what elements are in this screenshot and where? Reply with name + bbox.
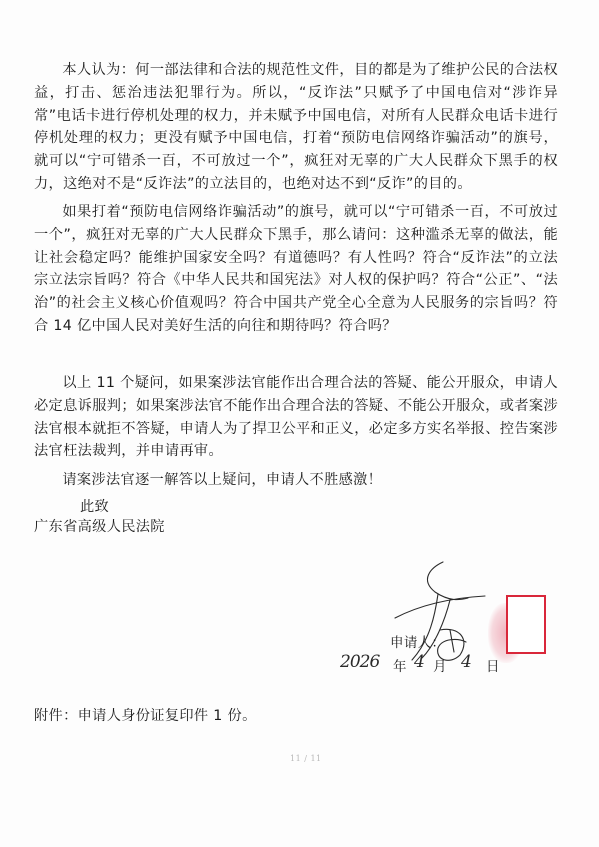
paragraph-request: 请案涉法官逐一解答以上疑问，申请人不胜感激！ [34, 469, 558, 492]
date-day-unit: 日 [486, 655, 500, 675]
addressee: 广东省高级人民法院 [34, 517, 165, 537]
date-day-handwritten: 4 [461, 652, 471, 672]
salutation: 此致 [80, 497, 109, 517]
applicant-label: 申请人： [390, 633, 445, 653]
date-year-handwritten: 2026 [340, 652, 379, 672]
paragraph-questions: 如果打着“预防电信网络诈骗活动”的旗号，就可以“宁可错杀一百，不可放过一个”，疯… [34, 201, 558, 338]
paragraph-eleven-questions: 以上 11 个疑问，如果案涉法官能作出合理合法的答疑、能公开服众，申请人必定息诉… [34, 372, 558, 463]
redacted-name-box [506, 595, 546, 654]
document-page: 本人认为：何一部法律和合法的规范性文件，目的都是为了维护公民的合法权益，打击、惩… [0, 0, 599, 847]
date-month-handwritten: 4 [414, 652, 424, 672]
page-number: 11 / 11 [290, 754, 322, 763]
date-month-unit: 月 [433, 655, 447, 675]
attachment-note: 附件：申请人身份证复印件 1 份。 [34, 706, 257, 726]
date-year-unit: 年 [393, 655, 407, 675]
paragraph-legislative-purpose: 本人认为：何一部法律和合法的规范性文件，目的都是为了维护公民的合法权益，打击、惩… [34, 59, 558, 196]
signature-date: 2026 年 4 月 4 日 [336, 652, 516, 678]
